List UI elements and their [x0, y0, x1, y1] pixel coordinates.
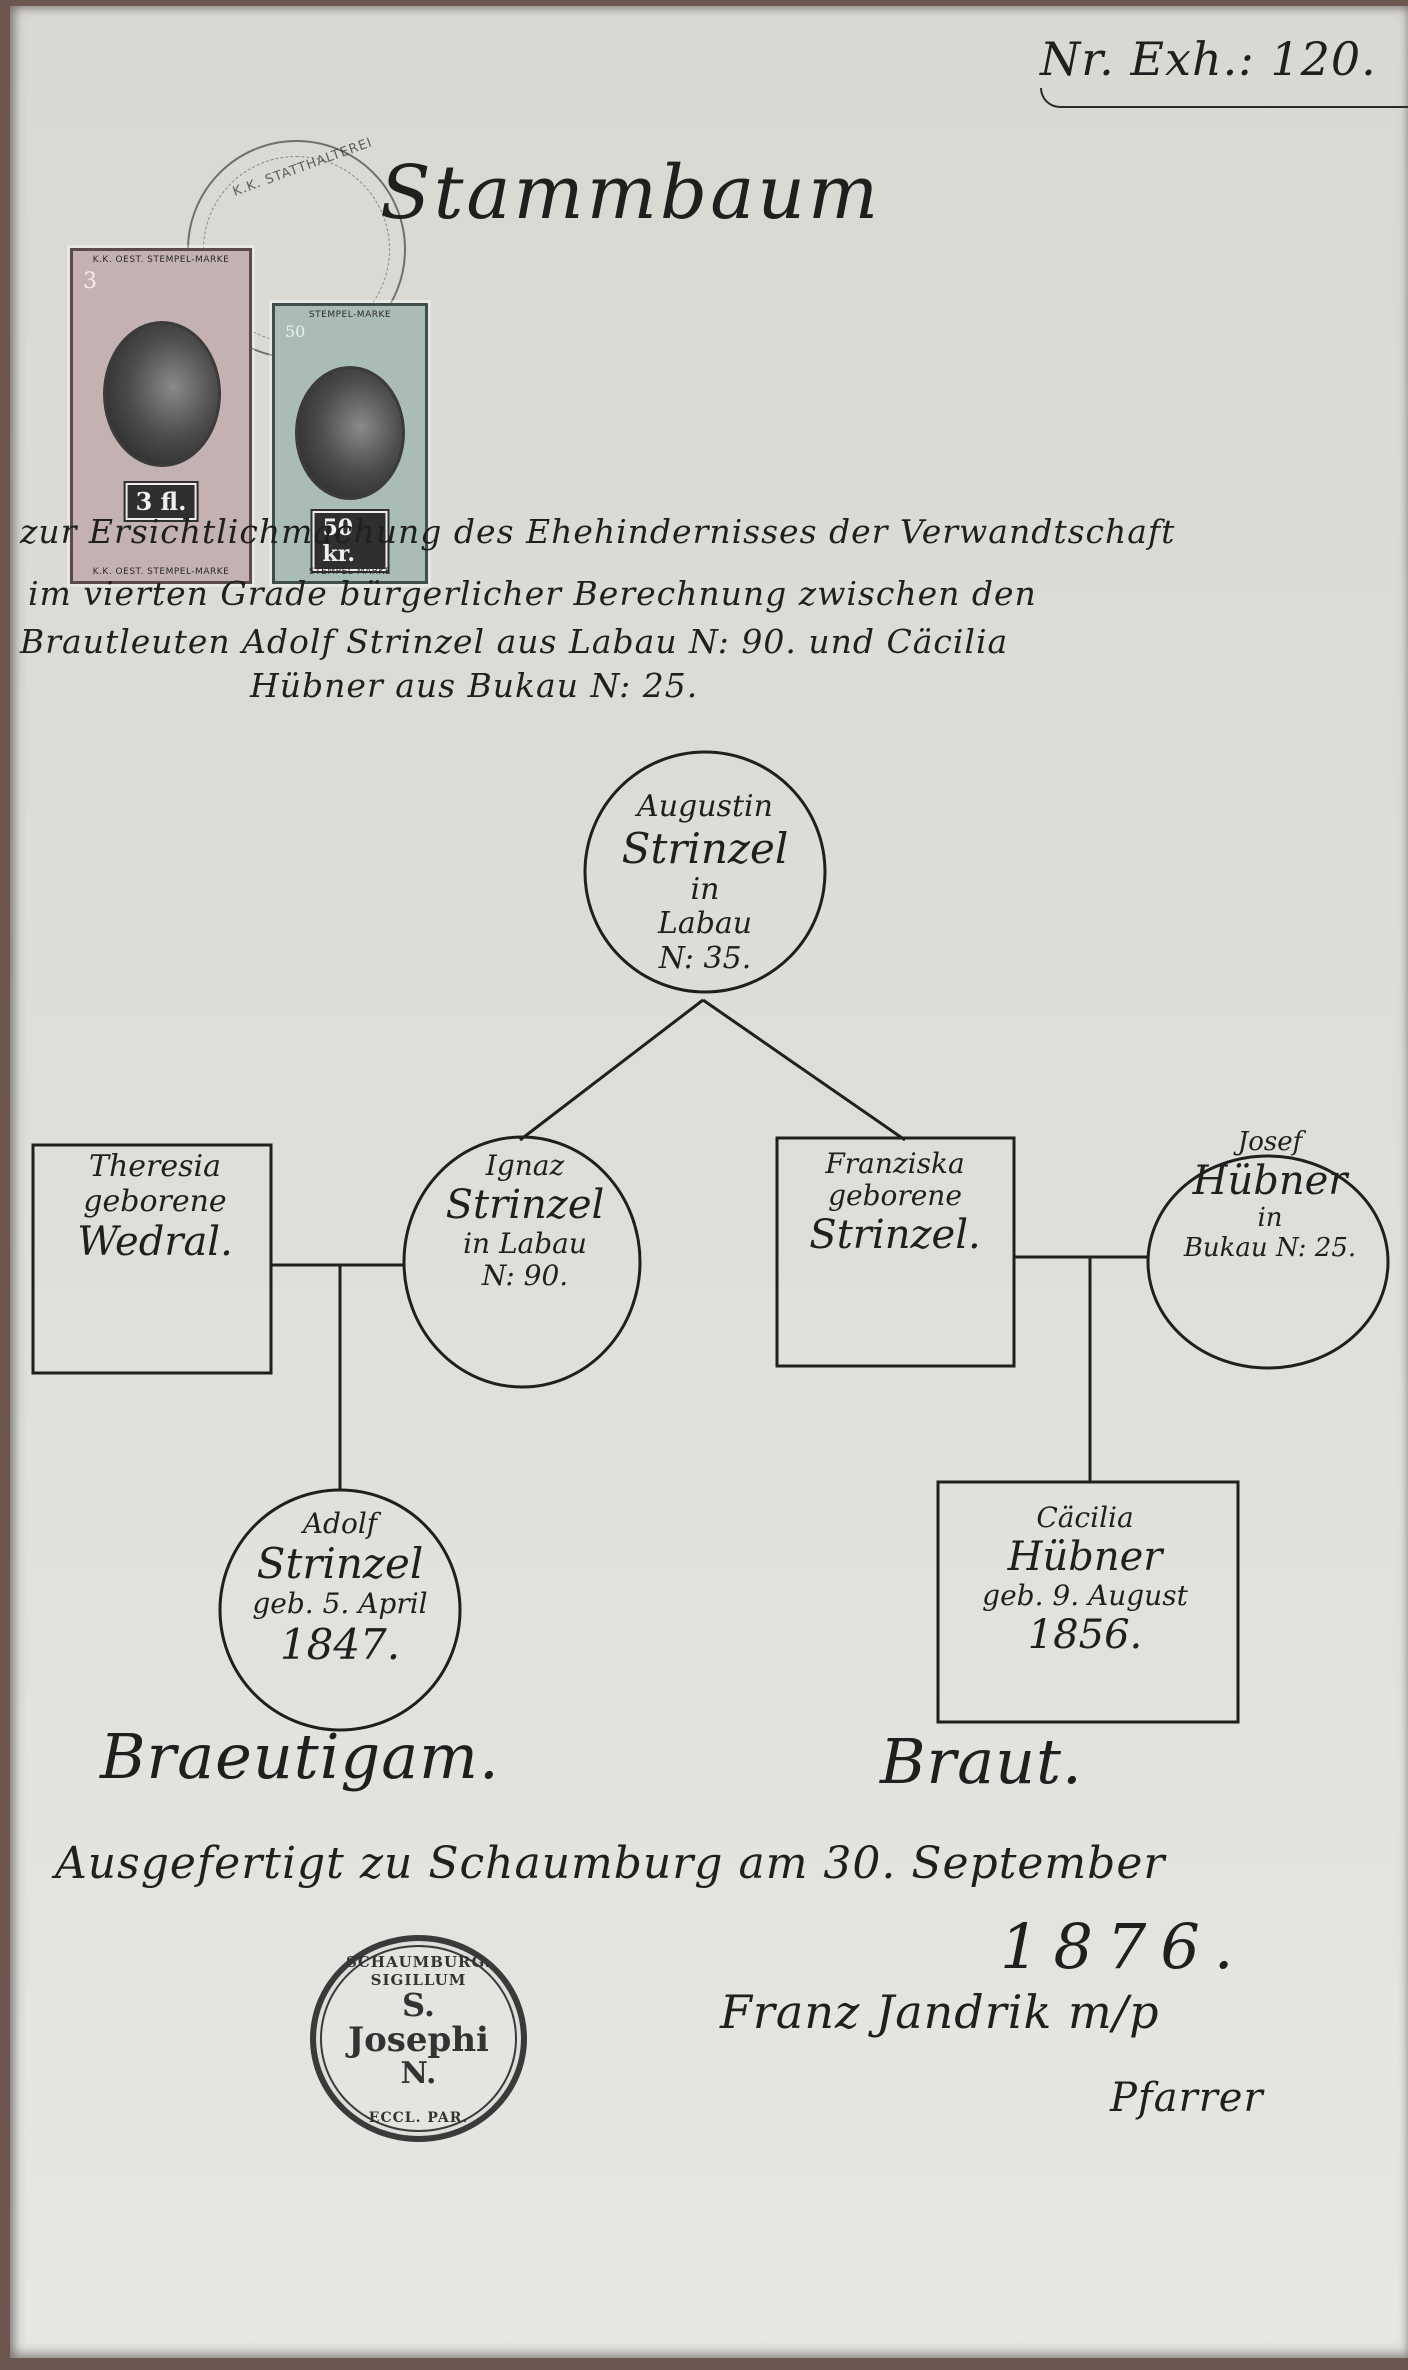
- tree-node-groom: Adolf Strinzel geb. 5. April 1847.: [200, 1508, 480, 1669]
- stamp-label-top: STEMPEL-MARKE: [275, 310, 425, 320]
- node-line: geborene: [35, 1185, 275, 1220]
- node-line: Ignaz: [405, 1150, 645, 1182]
- node-line: Bukau N: 25.: [1150, 1234, 1390, 1264]
- stamp-corner-value: 3: [83, 269, 97, 294]
- seal-center-line: S.: [316, 1989, 521, 2023]
- reference-underline: [1040, 88, 1408, 108]
- node-line: 1847.: [200, 1621, 480, 1669]
- tree-node-right-spouse: Josef Hübner in Bukau N: 25.: [1150, 1128, 1390, 1264]
- intro-line-3: Brautleuten Adolf Strinzel aus Labau N: …: [20, 622, 1008, 661]
- node-line: geb. 5. April: [200, 1588, 480, 1620]
- node-line: in: [585, 873, 825, 908]
- groom-label: Braeutigam.: [100, 1720, 500, 1793]
- seal-center-line: N.: [316, 2058, 521, 2090]
- intro-line-1: zur Ersichtlichmachung des Ehehinderniss…: [20, 512, 1175, 551]
- seal-legend-bottom: ECCL. PAR.: [316, 2110, 521, 2126]
- node-line: in: [1150, 1204, 1390, 1234]
- node-line: Hübner: [940, 1534, 1230, 1580]
- stamp-corner-value: 50: [285, 322, 305, 341]
- seal-center: S. Josephi N.: [316, 1989, 521, 2090]
- document-title: Stammbaum: [380, 150, 881, 236]
- tree-node-right-child: Franziska geborene Strinzel.: [775, 1148, 1015, 1258]
- stamp-label-top: K.K. OEST. STEMPEL-MARKE: [73, 255, 249, 265]
- node-line: Adolf: [200, 1508, 480, 1540]
- intro-line-4: Hübner aus Bukau N: 25.: [250, 666, 698, 705]
- tree-node-left-child: Ignaz Strinzel in Labau N: 90.: [405, 1150, 645, 1293]
- node-line: Franziska: [775, 1148, 1015, 1180]
- node-line: Labau: [585, 907, 825, 942]
- closing-year: 1876.: [1000, 1910, 1248, 1983]
- tree-node-bride: Cäcilia Hübner geb. 9. August 1856.: [940, 1502, 1230, 1658]
- node-line: Augustin: [585, 790, 825, 825]
- node-line: Strinzel: [200, 1540, 480, 1588]
- closing-line: Ausgefertigt zu Schaumburg am 30. Septem…: [55, 1838, 1165, 1889]
- node-line: Cäcilia: [940, 1502, 1230, 1534]
- node-line: N: 35.: [585, 942, 825, 977]
- seal-center-line: Josephi: [316, 2023, 521, 2059]
- parish-seal: SCHAUMBURG. SIGILLUM S. Josephi N. ECCL.…: [310, 1935, 527, 2142]
- node-line: 1856.: [940, 1612, 1230, 1658]
- tree-node-left-spouse: Theresia geborene Wedral.: [35, 1150, 275, 1265]
- node-line: N: 90.: [405, 1260, 645, 1292]
- node-line: Strinzel.: [775, 1212, 1015, 1258]
- node-line: geborene: [775, 1180, 1015, 1212]
- tree-node-root: Augustin Strinzel in Labau N: 35.: [585, 790, 825, 976]
- node-line: Strinzel: [405, 1182, 645, 1228]
- emperor-portrait-icon: [103, 321, 221, 467]
- seal-legend-top: SCHAUMBURG. SIGILLUM: [316, 1953, 521, 1989]
- intro-line-2: im vierten Grade bürgerlicher Berechnung…: [28, 574, 1037, 613]
- signature-role: Pfarrer: [1110, 2075, 1264, 2121]
- node-line: Strinzel: [585, 825, 825, 873]
- node-line: Hübner: [1150, 1158, 1390, 1204]
- node-line: Theresia: [35, 1150, 275, 1185]
- emperor-portrait-icon: [295, 366, 405, 500]
- signature-name: Franz Jandrik m/p: [720, 1985, 1160, 2039]
- node-line: Josef: [1150, 1128, 1390, 1158]
- node-line: Wedral.: [35, 1219, 275, 1265]
- node-line: in Labau: [405, 1228, 645, 1260]
- bride-label: Braut.: [880, 1725, 1083, 1798]
- node-line: geb. 9. August: [940, 1580, 1230, 1612]
- reference-number: Nr. Exh.: 120.: [1040, 32, 1377, 86]
